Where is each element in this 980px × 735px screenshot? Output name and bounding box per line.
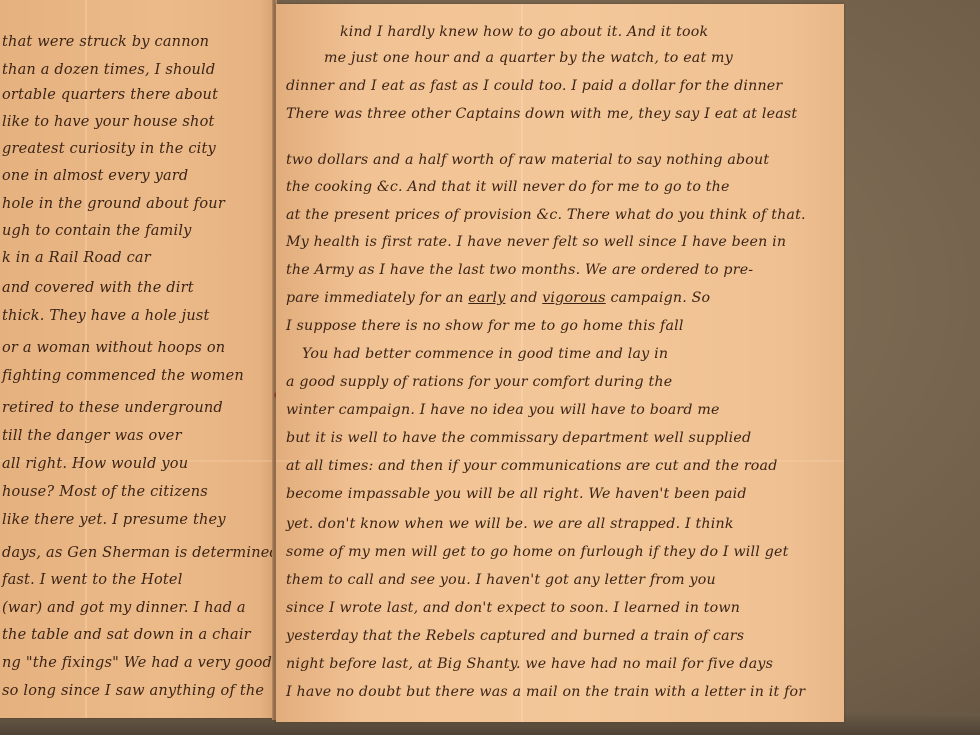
text-line: one in almost every yard — [2, 168, 188, 184]
text-line: all right. How would you — [2, 456, 188, 472]
text-line: and covered with the dirt — [2, 280, 194, 296]
text-line: two dollars and a half worth of raw mate… — [286, 152, 769, 168]
text-line: hole in the ground about four — [2, 196, 225, 212]
text-line: ugh to contain the family — [2, 223, 192, 239]
text-line: the Army as I have the last two months. … — [286, 262, 753, 278]
text-line: ortable quarters there about — [2, 87, 218, 103]
text-line: You had better commence in good time and… — [302, 346, 668, 362]
text-line: fast. I went to the Hotel — [2, 572, 183, 588]
text-line: like there yet. I presume they — [2, 512, 226, 528]
text-line: like to have your house shot — [2, 114, 215, 130]
text-line: yet. don't know when we will be. we are … — [286, 516, 734, 532]
text-line: k in a Rail Road car — [2, 250, 151, 266]
text-line: I have no doubt but there was a mail on … — [286, 684, 805, 700]
text-line: (war) and got my dinner. I had a — [2, 600, 246, 616]
text-line: at all times: and then if your communica… — [286, 458, 777, 474]
text-line: or a woman without hoops on — [2, 340, 225, 356]
text-line: fighting commenced the women — [2, 368, 244, 384]
text-line: yesterday that the Rebels captured and b… — [286, 628, 744, 644]
text-line: retired to these underground — [2, 400, 223, 416]
text-line: thick. They have a hole just — [2, 308, 210, 324]
text-line: than a dozen times, I should — [2, 62, 215, 78]
text-line: the cooking &c. And that it will never d… — [286, 179, 730, 195]
text-line: night before last, at Big Shanty. we hav… — [286, 656, 773, 672]
text-line: My health is first rate. I have never fe… — [286, 234, 786, 250]
text-line: I suppose there is no show for me to go … — [286, 318, 684, 334]
text-line: winter campaign. I have no idea you will… — [286, 402, 720, 418]
text-line: so long since I saw anything of the — [2, 683, 264, 699]
text-line: the table and sat down in a chair — [2, 627, 251, 643]
text-line: kind I hardly knew how to go about it. A… — [340, 24, 708, 40]
right-page: kind I hardly knew how to go about it. A… — [276, 4, 844, 722]
text-line: There was three other Captains down with… — [286, 106, 797, 122]
text-line: ng "the fixings" We had a very good — [2, 655, 272, 671]
text-line: them to call and see you. I haven't got … — [286, 572, 716, 588]
text-line: me just one hour and a quarter by the wa… — [324, 50, 733, 66]
text-line: greatest curiosity in the city — [2, 141, 216, 157]
text-line: house? Most of the citizens — [2, 484, 208, 500]
text-line: at the present prices of provision &c. T… — [286, 207, 806, 223]
text-line: since I wrote last, and don't expect to … — [286, 600, 740, 616]
text-line: become impassable you will be all right.… — [286, 486, 747, 502]
text-line: that were struck by cannon — [2, 34, 209, 50]
text-line: some of my men will get to go home on fu… — [286, 544, 789, 560]
text-line: but it is well to have the commissary de… — [286, 430, 751, 446]
left-page: that were struck by cannon than a dozen … — [0, 0, 273, 718]
text-line: till the danger was over — [2, 428, 182, 444]
text-line: days, as Gen Sherman is determined — [2, 545, 279, 561]
text-line: a good supply of rations for your comfor… — [286, 374, 672, 390]
text-line: dinner and I eat as fast as I could too.… — [286, 78, 782, 94]
text-line: pare immediately for an early and vigoro… — [286, 290, 710, 306]
